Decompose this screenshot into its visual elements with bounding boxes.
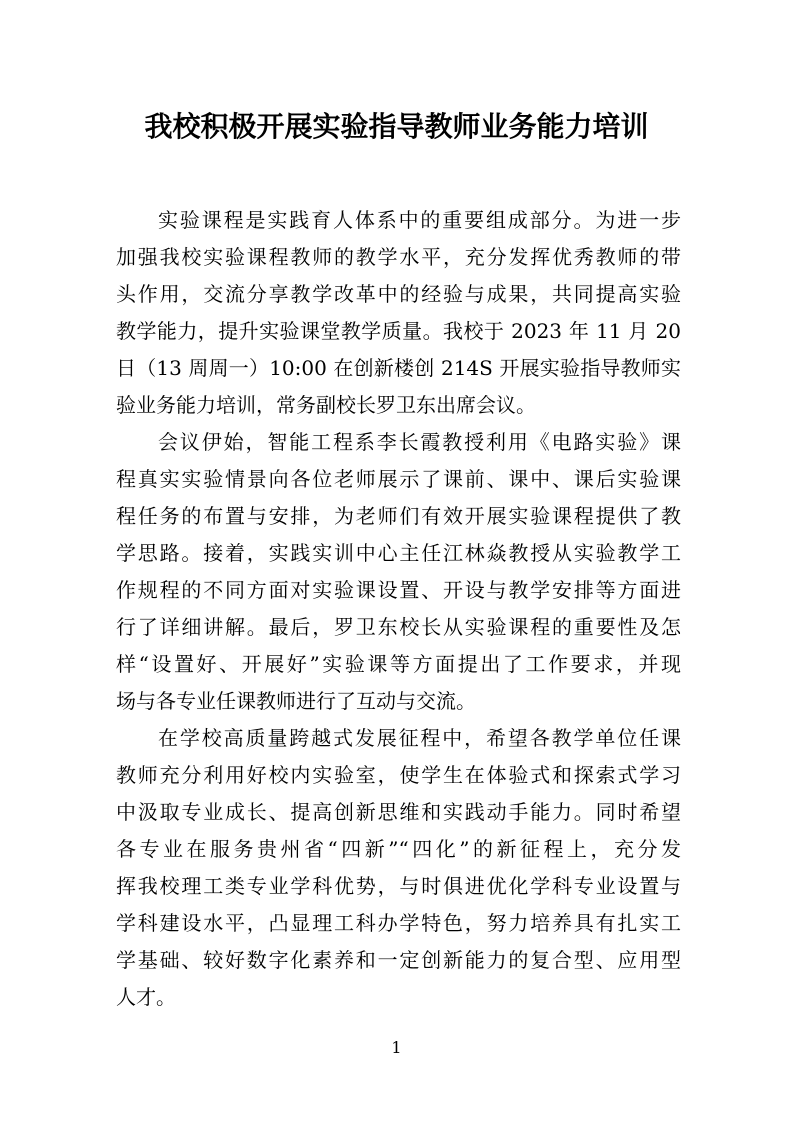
text-line: 实验课程是实践育人体系中的重要组成部分。为进一步	[116, 202, 681, 239]
text-line: 程真实实验情景向各位老师展示了课前、课中、课后实验课	[116, 461, 681, 498]
text-line: 教师充分利用好校内实验室，使学生在体验式和探索式学习	[116, 757, 681, 794]
text-line: 中汲取专业成长、提高创新思维和实践动手能力。同时希望	[116, 794, 681, 831]
text-line: 加强我校实验课程教师的教学水平，充分发挥优秀教师的带	[116, 239, 681, 276]
document-title: 我校积极开展实验指导教师业务能力培训	[70, 106, 723, 148]
text-line: 学基础、较好数字化素养和一定创新能力的复合型、应用型	[116, 942, 681, 979]
text-line: 场与各专业任课教师进行了互动与交流。	[116, 683, 681, 720]
text-line: 教学能力，提升实验课堂教学质量。我校于 2023 年 11 月 20	[116, 313, 681, 350]
text-line: 作规程的不同方面对实验课设置、开设与教学安排等方面进	[116, 572, 681, 609]
text-line: 会议伊始，智能工程系李长霞教授利用《电路实验》课	[116, 424, 681, 461]
text-line: 验业务能力培训，常务副校长罗卫东出席会议。	[116, 387, 681, 424]
text-line: 人才。	[116, 979, 681, 1016]
text-line: 学科建设水平，凸显理工科办学特色，努力培养具有扎实工	[116, 905, 681, 942]
text-line: 挥我校理工类专业学科优势，与时俱进优化学科专业设置与	[116, 868, 681, 905]
text-line: 学思路。接着，实践实训中心主任江林焱教授从实验教学工	[116, 535, 681, 572]
text-line: 各专业在服务贵州省“四新”“四化”的新征程上，充分发	[116, 831, 681, 868]
text-line: 程任务的布置与安排，为老师们有效开展实验课程提供了教	[116, 498, 681, 535]
text-line: 行了详细讲解。最后，罗卫东校长从实验课程的重要性及怎	[116, 609, 681, 646]
document-body: 实验课程是实践育人体系中的重要组成部分。为进一步加强我校实验课程教师的教学水平，…	[116, 202, 681, 1016]
document-page: 我校积极开展实验指导教师业务能力培训 实验课程是实践育人体系中的重要组成部分。为…	[0, 0, 793, 1122]
text-line: 样“设置好、开展好”实验课等方面提出了工作要求，并现	[116, 646, 681, 683]
text-line: 在学校高质量跨越式发展征程中，希望各教学单位任课	[116, 720, 681, 757]
page-number: 1	[0, 1038, 793, 1058]
text-line: 头作用，交流分享教学改革中的经验与成果，共同提高实验	[116, 276, 681, 313]
text-line: 日（13 周周一）10:00 在创新楼创 214S 开展实验指导教师实	[116, 350, 681, 387]
